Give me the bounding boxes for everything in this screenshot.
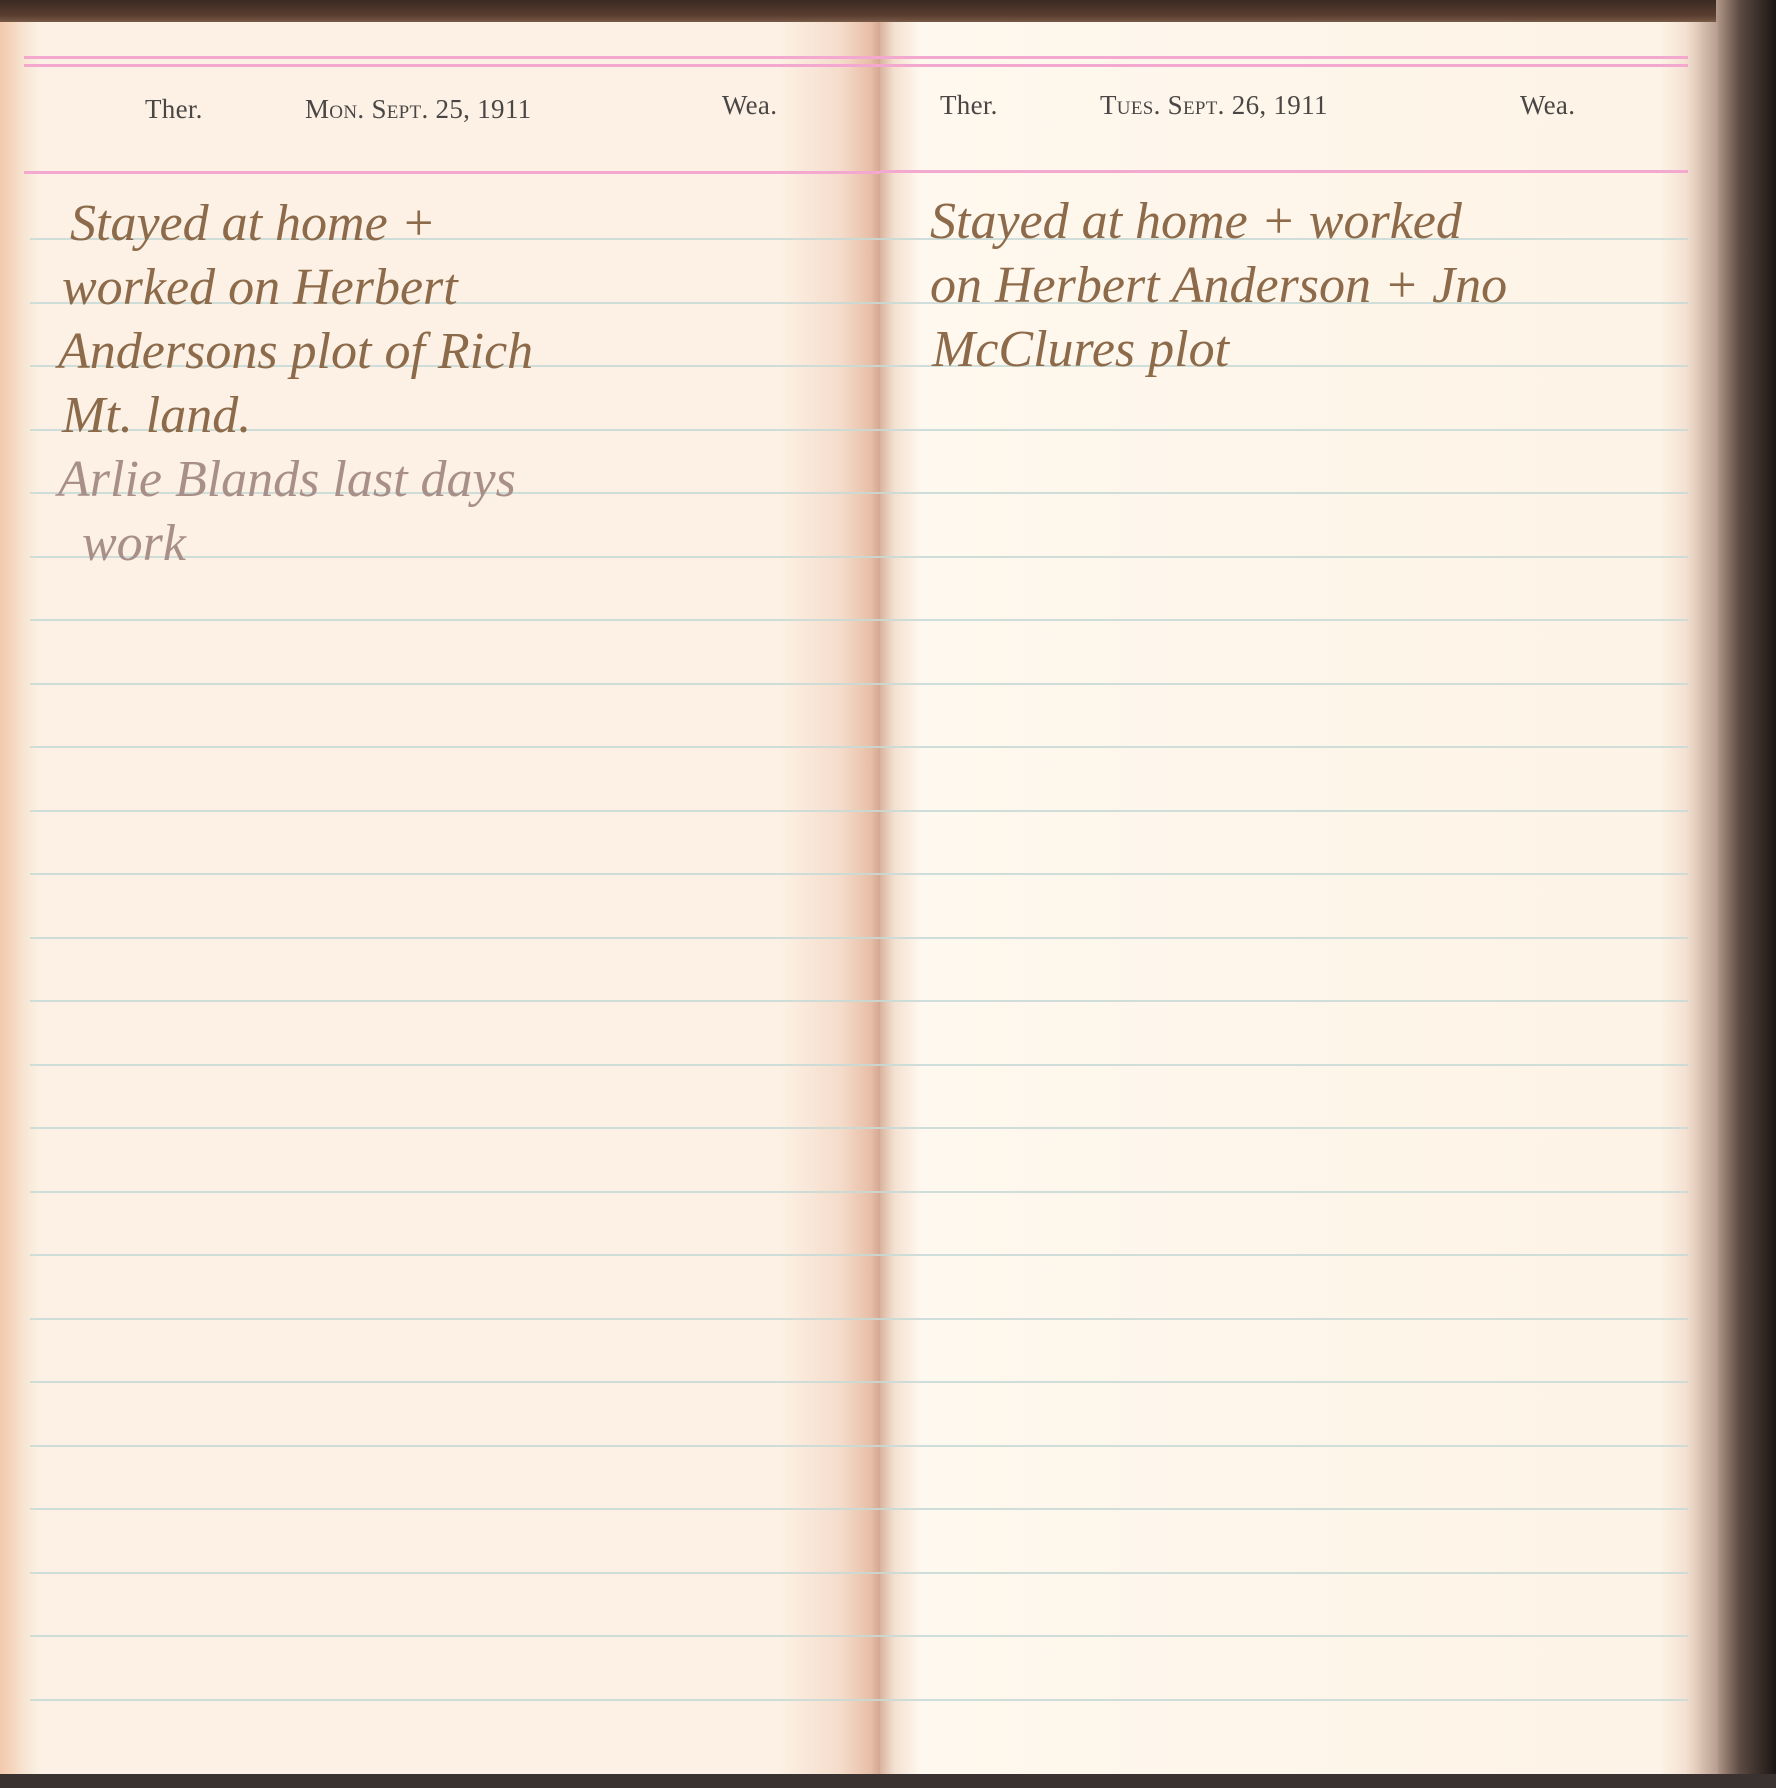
handwritten-line: Arlie Blands last days [58,448,516,512]
ruled-line [30,1572,880,1574]
handwritten-line: McClures plot [932,318,1229,382]
ruled-line [880,1635,1688,1637]
ruled-line [30,1254,880,1256]
ruled-line [880,1508,1688,1510]
ruled-line [880,1381,1688,1383]
ruled-line [880,1000,1688,1002]
ruled-line [30,1508,880,1510]
ruled-line [880,429,1688,431]
ruled-line [880,1572,1688,1574]
ruled-line [30,810,880,812]
ruled-line [30,619,880,621]
header-rule-top [880,56,1688,59]
handwritten-line: on Herbert Anderson + Jno [930,254,1507,318]
wea-label: Wea. [1520,90,1575,121]
ruled-line [30,746,880,748]
ruled-line [880,937,1688,939]
ther-label: Ther. [145,94,203,125]
book-bottom-edge [0,1774,1776,1788]
header-rule-bottom [880,170,1688,173]
ruled-line [880,1318,1688,1320]
ruled-line [880,1699,1688,1701]
ther-label: Ther. [940,90,998,121]
diary-page-left: Ther. Mon. Sept. 25, 1911 Wea. Stayed at… [0,22,880,1774]
header-rule-bottom [24,171,880,174]
header-rule-top [24,56,880,59]
ruled-line [880,1127,1688,1129]
ruled-line [30,1445,880,1447]
ruled-line [30,683,880,685]
ruled-line [880,1445,1688,1447]
ruled-line [880,810,1688,812]
ruled-line [30,1635,880,1637]
ruled-line [30,1699,880,1701]
ruled-line [880,746,1688,748]
ruled-line [880,492,1688,494]
ruled-line [880,1191,1688,1193]
wea-label: Wea. [722,90,777,121]
handwritten-line: Stayed at home + [70,192,436,256]
ruled-line [30,1381,880,1383]
page-date: Mon. Sept. 25, 1911 [305,94,531,125]
diary-page-right: Ther. Tues. Sept. 26, 1911 Wea. Stayed a… [880,22,1718,1774]
ruled-line [30,1318,880,1320]
ruled-line [30,1000,880,1002]
book-cover-edge [1716,0,1776,1788]
handwritten-line: worked on Herbert [62,256,458,320]
ruled-line [880,1254,1688,1256]
ruled-line [880,683,1688,685]
ruled-line [880,873,1688,875]
ruled-line [880,556,1688,558]
ruled-line [880,1064,1688,1066]
ruled-line [30,873,880,875]
ruled-line [30,937,880,939]
ruled-line [30,1191,880,1193]
handwritten-line: Mt. land. [62,384,251,448]
header-rule-top-2 [880,64,1688,67]
header-rule-top-2 [24,64,880,67]
ruled-line [880,619,1688,621]
ruled-line [30,1064,880,1066]
handwritten-line: Stayed at home + worked [930,190,1462,254]
handwritten-line: work [82,512,186,576]
handwritten-line: Andersons plot of Rich [58,320,533,384]
ruled-line [30,1127,880,1129]
page-date: Tues. Sept. 26, 1911 [1100,90,1328,121]
